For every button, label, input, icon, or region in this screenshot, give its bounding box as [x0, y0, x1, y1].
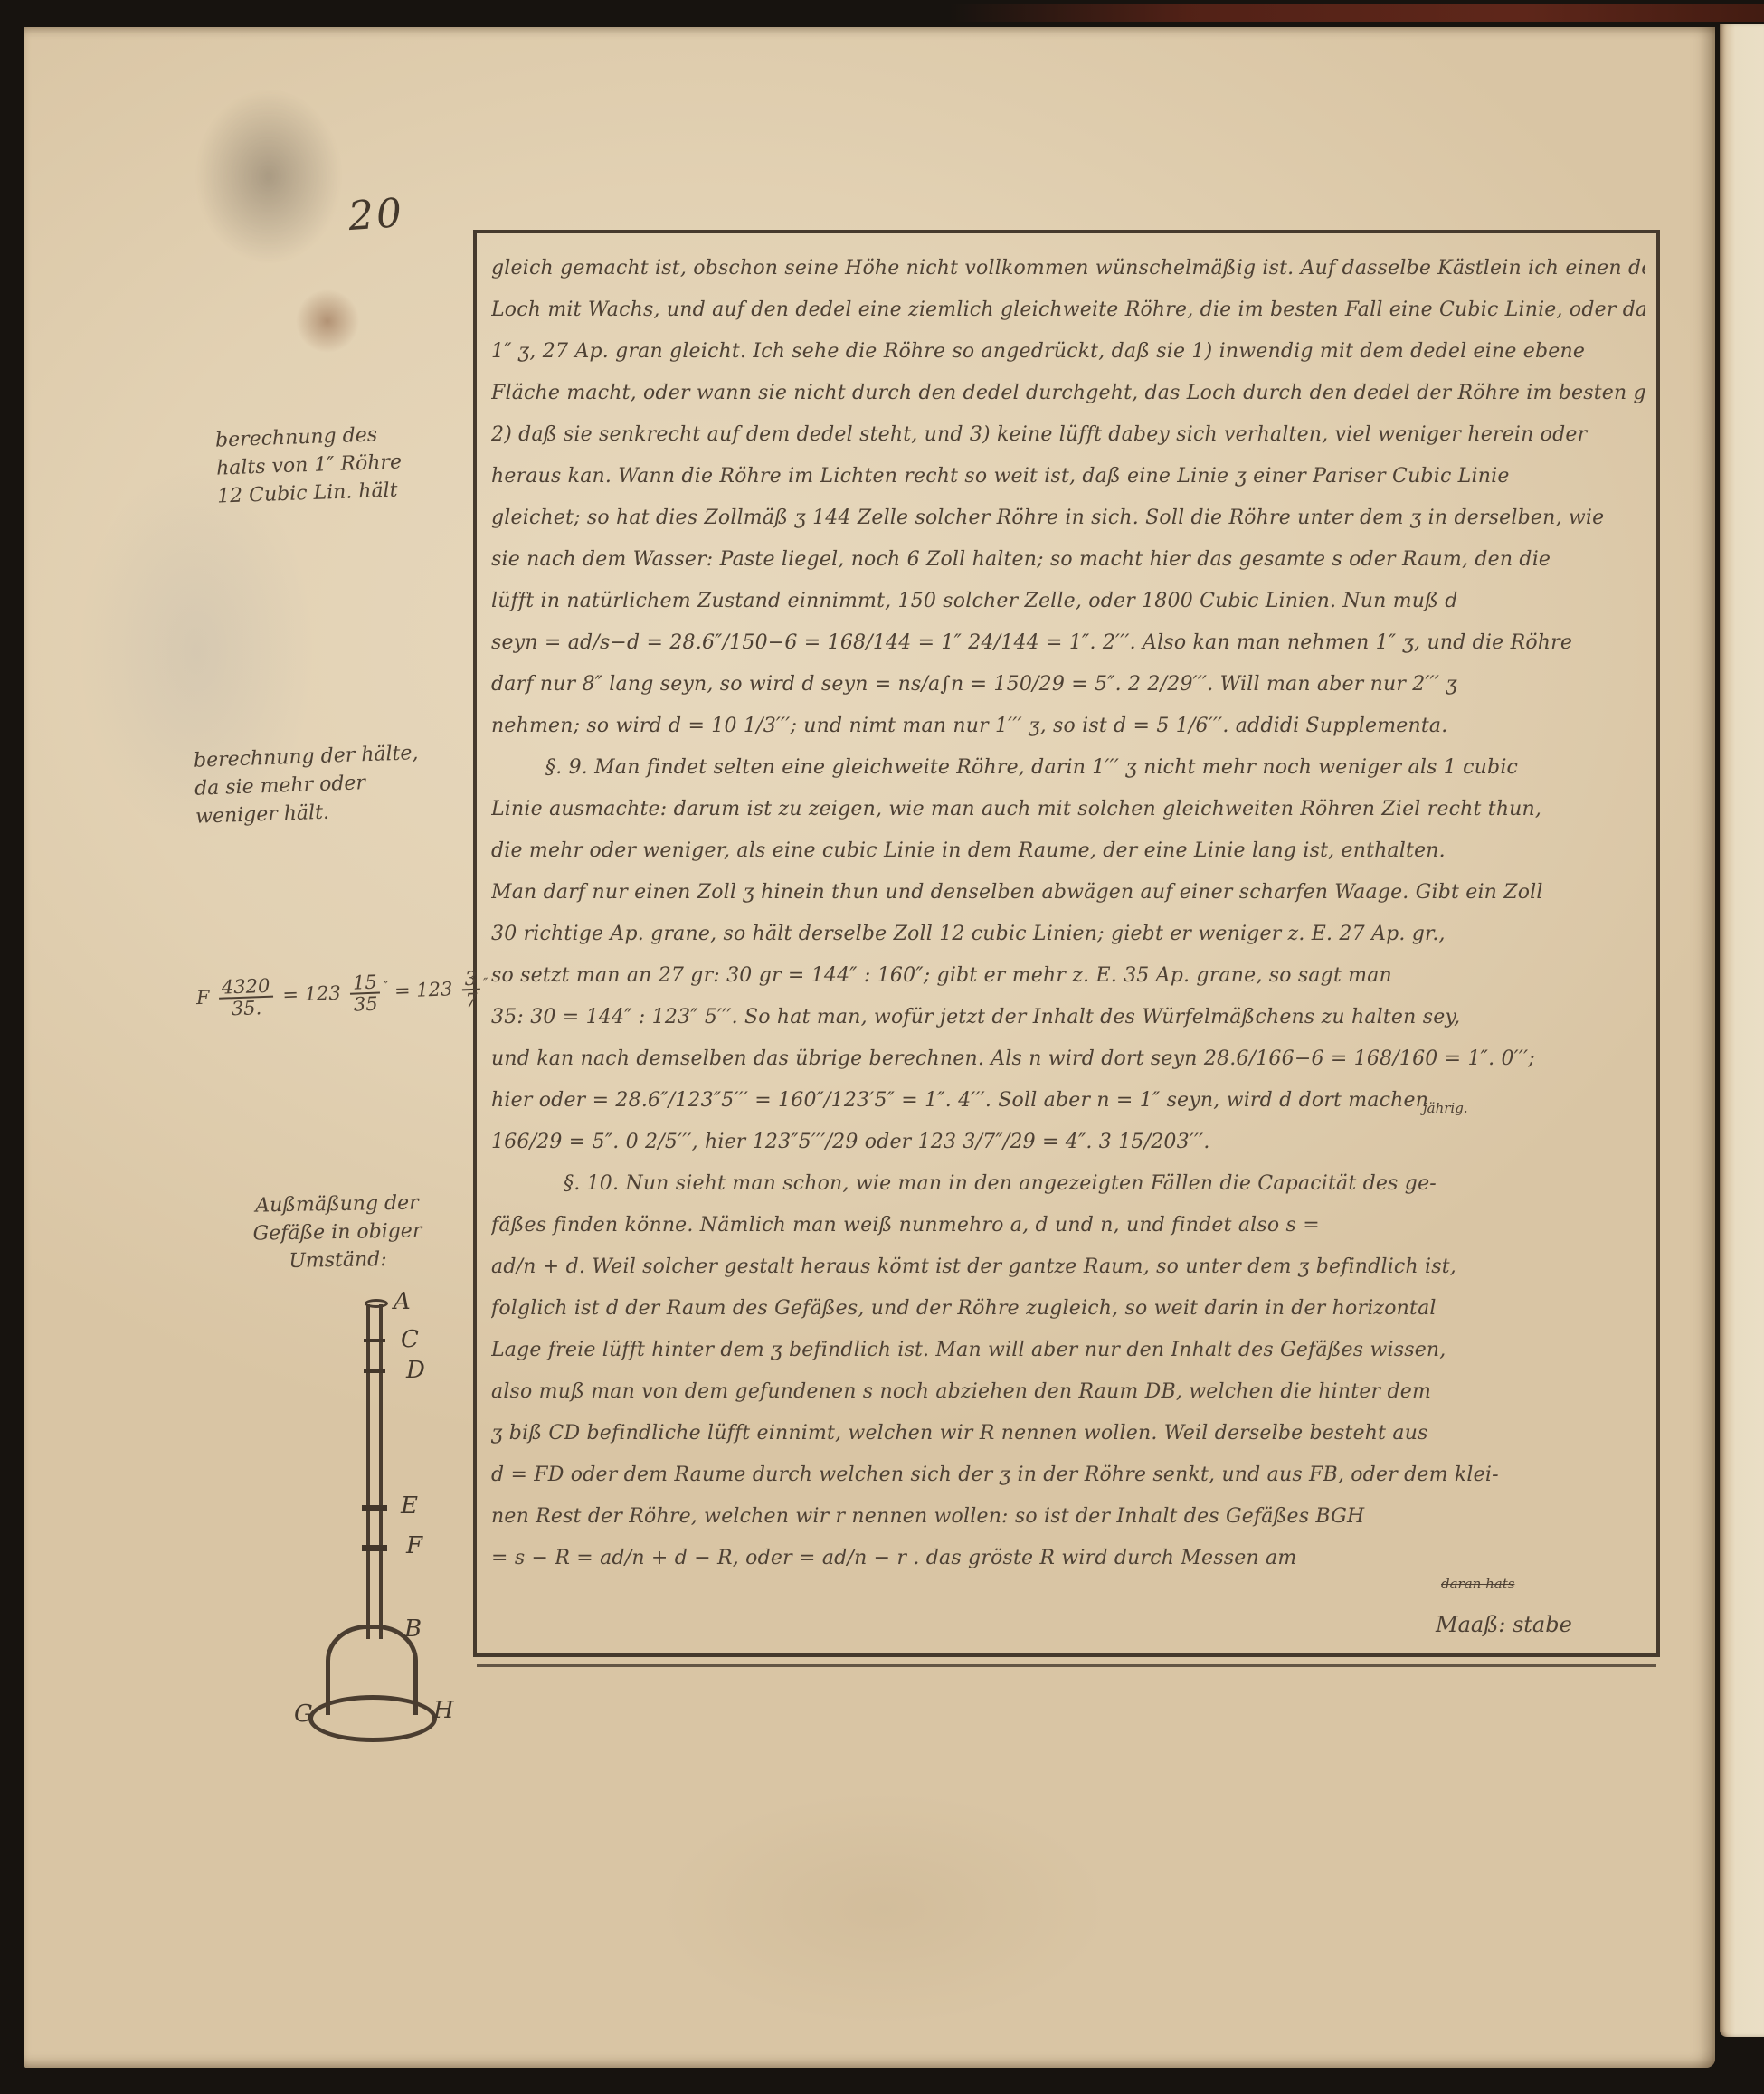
handwritten-line: nen Rest der Röhre, welchen wir r nennen…	[491, 1496, 1645, 1538]
tube-mark-C	[364, 1339, 385, 1342]
paper-stain	[296, 289, 359, 353]
margin-note-hold-calculation: berechnung des halts von 1″ Röhre 12 Cub…	[214, 416, 507, 510]
margin-note-vessel-measurement: Außmäßung der Gefäße in obiger Umständ:	[183, 1188, 492, 1277]
handwritten-line: ad/n + d. Weil solcher gestalt heraus kö…	[491, 1246, 1645, 1288]
formula-label: F	[196, 987, 210, 1009]
tube-mark-E	[362, 1505, 387, 1511]
handwritten-line: heraus kan. Wann die Röhre im Lichten re…	[491, 456, 1645, 497]
bell-mouth-ellipse	[308, 1695, 437, 1742]
handwritten-line: ʒ biß CD befindliche lüfft einnimt, welc…	[491, 1413, 1645, 1454]
handwritten-line: 35: 30 = 144″ : 123″ 5′′′. So hat man, w…	[491, 997, 1645, 1038]
figure-label-C: C	[401, 1326, 419, 1353]
prime-mark: ″	[384, 980, 389, 994]
handwritten-line: 1″ ʒ, 27 Ap. gran gleicht. Ich sehe die …	[491, 331, 1645, 373]
handwritten-line: Loch mit Wachs, und auf den dedel eine z…	[491, 289, 1645, 331]
denominator: 35	[350, 994, 380, 1015]
handwritten-line: Linie ausmachte: darum ist zu zeigen, wi…	[491, 789, 1645, 830]
numerator: 3	[461, 969, 479, 991]
handwritten-line: Fläche macht, oder wann sie nicht durch …	[491, 373, 1645, 414]
tube-mark-D	[364, 1369, 385, 1373]
handwritten-line: 2) daß sie senkrecht auf dem dedel steht…	[491, 414, 1645, 456]
numerator: 15	[350, 972, 381, 995]
fraction: 15 35	[350, 972, 381, 1015]
handwritten-line: folglich ist d der Raum des Gefäßes, und…	[491, 1288, 1645, 1330]
handwritten-line: Man darf nur einen Zoll ʒ hinein thun un…	[491, 872, 1645, 914]
figure-label-F: F	[406, 1532, 422, 1559]
margin-formula: F 4320 35. = 123 15 35 ″ = 123 3 7 ″	[195, 968, 488, 1019]
book-top-edge	[950, 4, 1764, 22]
figure-label-D: D	[406, 1357, 425, 1384]
handwritten-line: so setzt man an 27 gr: 30 gr = 144″ : 16…	[491, 955, 1645, 997]
handwritten-line: 166/29 = 5″. 0 2/5′′′, hier 123″5′′′/29 …	[491, 1122, 1645, 1163]
frame-bottom-rule	[477, 1664, 1656, 1667]
tube-mark-F	[362, 1545, 387, 1551]
handwritten-line: d = FD oder dem Raume durch welchen sich…	[491, 1454, 1645, 1496]
figure-label-G: G	[294, 1701, 313, 1728]
fraction: 4320 35.	[219, 976, 274, 1019]
catchword: Maaß: stabe	[1436, 1612, 1572, 1637]
handwritten-line: §. 10. Nun sieht man schon, wie man in d…	[491, 1163, 1645, 1205]
handwritten-line: die mehr oder weniger, als eine cubic Li…	[491, 830, 1645, 872]
figure-label-E: E	[401, 1492, 418, 1520]
denominator: 7	[462, 990, 480, 1011]
interlinear-note: jährig.	[1423, 1100, 1468, 1116]
handwritten-line: gleichet; so hat dies Zollmäß ʒ 144 Zell…	[491, 497, 1645, 539]
handwritten-line: seyn = ad/s−d = 28.6″/150−6 = 168/144 = …	[491, 622, 1645, 664]
margin-note-more-or-less: berechnung der hälte, da sie mehr oder w…	[193, 736, 494, 830]
next-page-edge	[1720, 24, 1764, 2037]
prime-mark: ″	[483, 976, 488, 990]
handwritten-line: §. 9. Man findet selten eine gleichweite…	[491, 747, 1645, 789]
handwritten-line: hier oder = 28.6″/123″5′′′ = 160″/123′5″…	[491, 1080, 1645, 1122]
page-number: 20	[346, 190, 405, 240]
denominator: 35.	[219, 998, 273, 1019]
figure-label-H: H	[433, 1697, 454, 1724]
fraction: 3 7	[461, 969, 480, 1011]
handwritten-line: also muß man von dem gefundenen s noch a…	[491, 1371, 1645, 1413]
figure-label-A: A	[394, 1288, 411, 1315]
numerator: 4320	[219, 976, 273, 1000]
equals-term: = 123	[282, 982, 341, 1006]
handwritten-line: lüfft in natürlichem Zustand einnimmt, 1…	[491, 581, 1645, 622]
ink-stain	[196, 90, 341, 262]
handwritten-line: fäßes finden könne. Nämlich man weiß nun…	[491, 1205, 1645, 1246]
handwritten-line: darf nur 8″ lang seyn, so wird d seyn = …	[491, 664, 1645, 706]
interlinear-strikethrough-note: daran hats	[1441, 1576, 1514, 1592]
main-text-frame: gleich gemacht ist, obschon seine Höhe n…	[473, 230, 1660, 1657]
handwritten-line: gleich gemacht ist, obschon seine Höhe n…	[491, 248, 1645, 289]
handwritten-line: sie nach dem Wasser: Paste liegel, noch …	[491, 539, 1645, 581]
handwritten-line: nehmen; so wird d = 10 1/3′′′; und nimt …	[491, 706, 1645, 747]
figure-label-B: B	[404, 1616, 422, 1643]
tube	[366, 1304, 383, 1639]
handwritten-line: 30 richtige Ap. grane, so hält derselbe …	[491, 914, 1645, 955]
paper-discoloration	[658, 1791, 1110, 2026]
handwritten-line: = s − R = ad/n + d − R, oder = ad/n − r …	[491, 1538, 1645, 1579]
manuscript-scan: 20 gleich gemacht ist, obschon seine Höh…	[0, 0, 1764, 2094]
equals-term: = 123	[394, 978, 453, 1001]
handwritten-line: Lage freie lüfft hinter dem ʒ befindlich…	[491, 1330, 1645, 1371]
manuscript-page: 20 gleich gemacht ist, obschon seine Höh…	[24, 27, 1715, 2068]
handwritten-line: und kan nach demselben das übrige berech…	[491, 1038, 1645, 1080]
